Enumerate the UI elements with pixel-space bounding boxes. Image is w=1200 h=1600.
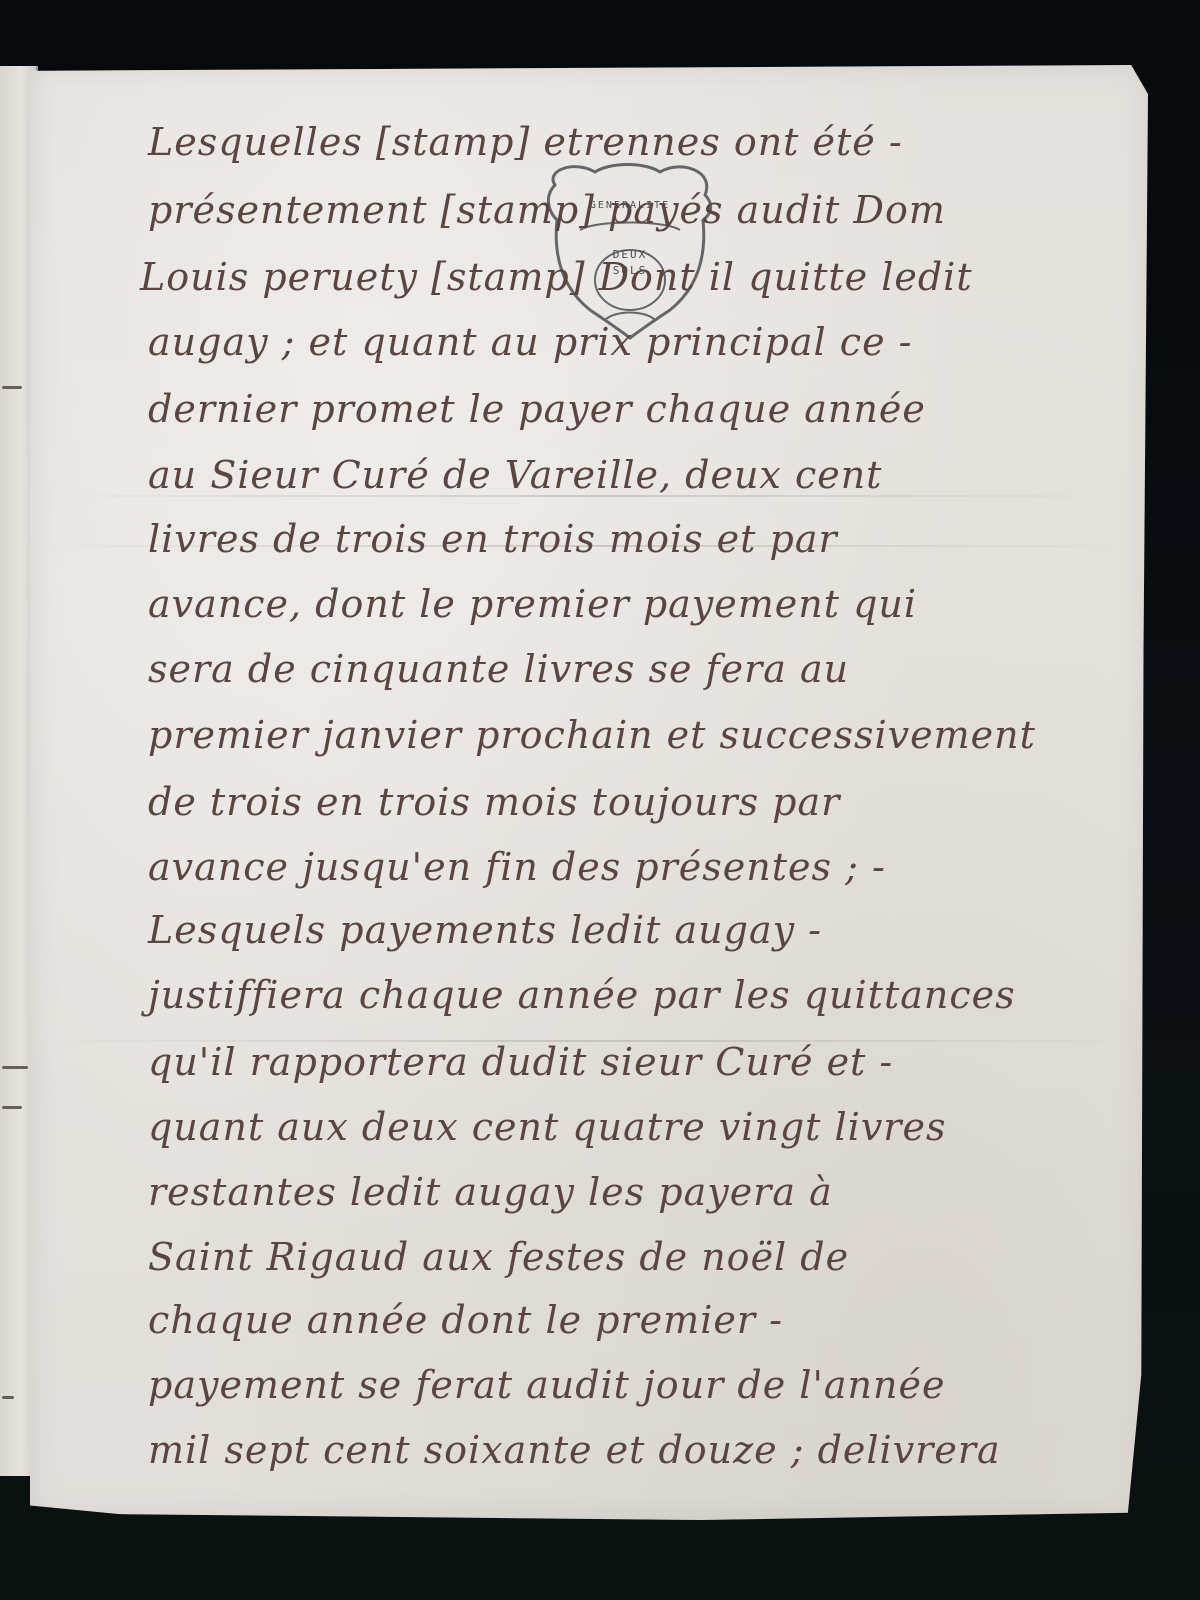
handwritten-text: Lesquelles [stamp] etrennes ont été - pr… [30,65,1148,1520]
text-line: au Sieur Curé de Vareille, deux cent [148,453,882,497]
text-line: restantes ledit augay les payera à [148,1170,833,1214]
ink-mark [2,1396,14,1399]
text-line: dernier promet le payer chaque année [148,387,926,431]
text-line: avance, dont le premier payement qui [148,582,917,626]
text-line: sera de cinquante livres se fera au [148,647,849,691]
text-line: présentement [stamp] payés audit Dom [148,188,946,232]
text-line: livres de trois en trois mois et par [148,517,838,561]
text-line: Saint Rigaud aux festes de noël de [148,1235,849,1279]
text-line: de trois en trois mois toujours par [148,780,840,824]
text-line: Louis peruety [stamp] Dont il quitte led… [140,255,973,299]
text-line: premier janvier prochain et successiveme… [148,713,1036,757]
text-line: chaque année dont le premier - [148,1298,783,1342]
text-line: mil sept cent soixante et douze ; delivr… [148,1428,1001,1472]
text-line: qu'il rapportera dudit sieur Curé et - [148,1040,893,1084]
text-line: justiffiera chaque année par les quittan… [148,973,1016,1017]
text-line: avance jusqu'en fin des présentes ; - [148,845,886,889]
ink-mark [2,1106,22,1109]
text-line: Lesquels payements ledit augay - [148,908,822,952]
text-line: augay ; et quant au prix principal ce - [148,320,912,364]
ink-mark [2,1066,28,1069]
text-line: Lesquelles [stamp] etrennes ont été - [148,120,903,164]
text-line: payement se ferat audit jour de l'année [148,1363,945,1407]
text-line: quant aux deux cent quatre vingt livres [148,1105,946,1149]
manuscript-page: GENERALITE DEUX SOLS Lesquelles [stamp] … [30,65,1148,1520]
ink-mark [2,386,22,389]
